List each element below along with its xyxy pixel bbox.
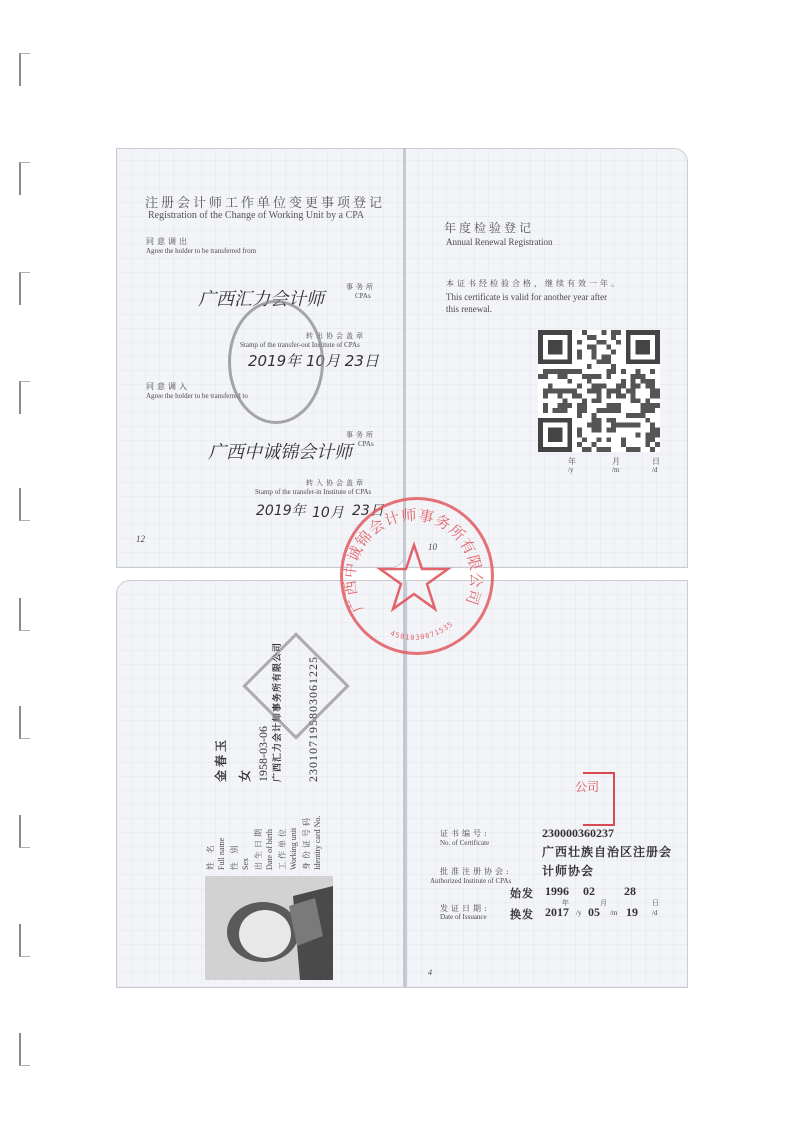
svg-text:4501030071535: 4501030071535: [389, 620, 455, 642]
in-date-year: 2019年: [256, 500, 306, 520]
binder-mark: [19, 381, 30, 414]
field-idcard-label-zh: 身份证号码: [301, 815, 312, 870]
issue-day-label: 日: [652, 898, 662, 908]
binder-mark: [19, 706, 30, 739]
out-cpas-en: CPAs: [355, 292, 371, 300]
binder-mark: [19, 488, 30, 521]
transfer-out-label-zh: 同意调出: [146, 236, 190, 247]
field-sex-value: 女: [236, 767, 253, 782]
field-dob-label-en: Date of birth: [265, 829, 274, 870]
small-seal-text: 公司: [575, 778, 599, 795]
field-dob-value: 1958-03-06: [256, 726, 271, 782]
institute-line-2: 计师协会: [542, 862, 594, 879]
first-issue-day: 28: [624, 884, 636, 899]
page10-title-zh: 年度检验登记: [444, 219, 534, 236]
issue-month-label: 月: [600, 898, 610, 908]
cert-no-value: 230000360237: [542, 826, 614, 841]
binder-mark: [19, 272, 30, 305]
small-red-seal: 公司: [583, 772, 615, 826]
field-unit-label-en: Working unit: [289, 828, 298, 870]
in-cpas-en: CPAs: [358, 440, 374, 448]
reissue-label: 换发: [510, 906, 534, 922]
field-idcard-label-en: Identity card No.: [313, 816, 322, 870]
binder-mark: [19, 162, 30, 195]
page-number-12: 12: [136, 534, 145, 544]
first-issue-month: 02: [583, 884, 595, 899]
cert-no-label-zh: 证书编号:: [440, 828, 490, 839]
qr-code: [538, 330, 660, 452]
field-name-label-en: Full name: [217, 838, 226, 870]
qr-code-pattern: [538, 330, 660, 452]
binder-mark: [19, 815, 30, 848]
page-number-4: 4: [428, 968, 432, 977]
institute-label-zh: 批准注册协会:: [440, 866, 512, 877]
company-red-seal: 广西中诚锦会计师事务所有限公司 4501030071535: [340, 497, 494, 655]
reissue-m-unit: /m: [610, 909, 617, 917]
binder-mark: [19, 598, 30, 631]
transfer-in-firm-handwritten: 广西中诚锦会计师: [208, 438, 352, 464]
cert-no-label-en: No. of Certificate: [440, 839, 489, 847]
portrait-icon: [205, 876, 333, 980]
field-unit-label-zh: 工作单位: [277, 826, 288, 870]
page12-title-en: Registration of the Change of Working Un…: [148, 210, 364, 221]
renewal-year-unit: /y: [568, 466, 573, 474]
transfer-in-label-en: Agree the holder to be transferred to: [146, 392, 248, 400]
transfer-out-seal: [228, 300, 324, 424]
renewal-day-unit: /d: [652, 466, 657, 474]
reissue-day: 19: [626, 905, 638, 920]
field-dob-label-zh: 出生日期: [253, 826, 264, 870]
field-sex-label-zh: 性 别: [229, 842, 240, 870]
renewal-month-unit: /m: [612, 466, 619, 474]
binder-mark: [19, 53, 30, 86]
in-stamp-label-zh: 转入协会盖章: [306, 478, 366, 488]
page12-title-zh: 注册会计师工作单位变更事项登记: [145, 192, 385, 211]
valid-statement-zh: 本证书经检验合格，继续有效一年。: [446, 278, 622, 289]
holder-photo: [205, 876, 333, 980]
transfer-out-label-en: Agree the holder to be transferred from: [146, 247, 256, 255]
institute-line-1: 广西壮族自治区注册会: [542, 843, 672, 860]
out-cpas-zh: 事务所: [346, 282, 376, 292]
page10-title-en: Annual Renewal Registration: [446, 237, 552, 247]
issue-date-label-en: Date of Issuance: [440, 913, 487, 921]
valid-statement-en-2: this renewal.: [446, 304, 492, 314]
reissue-year: 2017: [545, 905, 569, 920]
in-stamp-label-en: Stamp of the transfer-in Institute of CP…: [255, 488, 371, 496]
valid-statement-en-1: This certificate is valid for another ye…: [446, 292, 607, 302]
binder-mark: [19, 924, 30, 957]
transfer-in-label-zh: 同意调入: [146, 381, 190, 392]
seal-star-icon: 广西中诚锦会计师事务所有限公司 4501030071535: [340, 497, 488, 649]
field-name-value: 金春玉: [212, 737, 229, 782]
binder-mark: [19, 1033, 30, 1066]
first-issue-year: 1996: [545, 884, 569, 899]
svg-text:广西中诚锦会计师事务所有限公司: 广西中诚锦会计师事务所有限公司: [341, 506, 486, 615]
reissue-d-unit: /d: [652, 909, 657, 917]
institute-label-en: Authorized Institute of CPAs: [430, 877, 511, 885]
field-name-label-zh: 姓 名: [205, 800, 216, 870]
reissue-y-unit: /y: [576, 909, 581, 917]
first-issue-label: 始发: [510, 885, 534, 901]
reissue-month: 05: [588, 905, 600, 920]
field-sex-label-en: Sex: [241, 858, 250, 870]
